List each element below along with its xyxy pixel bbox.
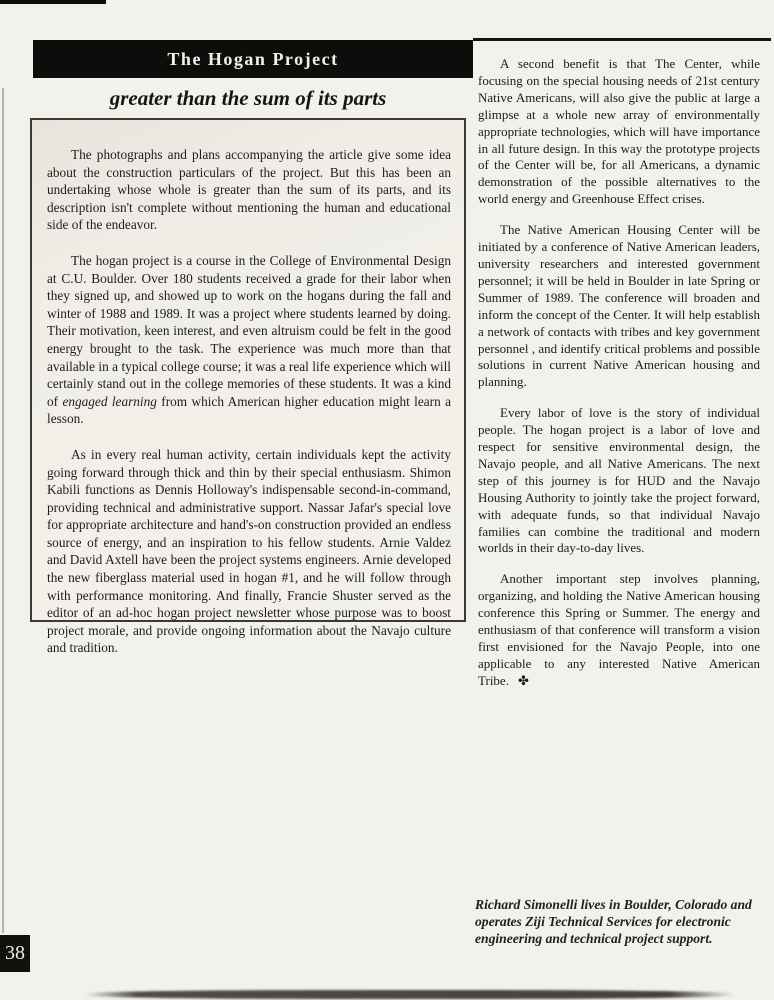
intro-paragraph-3: As in every real human activity, certain… — [47, 446, 451, 657]
body-paragraph-1: A second benefit is that The Center, whi… — [478, 56, 760, 208]
header-rule — [473, 38, 771, 41]
author-bio-note: Richard Simonelli lives in Boulder, Colo… — [475, 896, 763, 947]
body-text-column: A second benefit is that The Center, whi… — [478, 56, 760, 704]
intro-paragraph-2-text: The hogan project is a course in the Col… — [47, 253, 451, 409]
body-paragraph-2: The Native American Housing Center will … — [478, 222, 760, 391]
scan-edge-artifact-top — [0, 0, 106, 4]
article-title: The Hogan Project — [167, 49, 338, 70]
body-paragraph-4-text: Another important step involves planning… — [478, 571, 760, 687]
page-number: 38 — [5, 942, 25, 965]
body-paragraph-3: Every labor of love is the story of indi… — [478, 405, 760, 557]
article-end-ornament-icon: ✤ — [518, 673, 529, 688]
intro-paragraph-1: The photographs and plans accompanying t… — [47, 146, 451, 234]
intro-paragraph-2-emphasis: engaged learning — [62, 394, 156, 409]
scan-edge-artifact-bottom — [85, 990, 735, 999]
article-subtitle: greater than the sum of its parts — [30, 86, 466, 111]
scan-edge-artifact-left — [2, 88, 4, 933]
article-title-banner: The Hogan Project — [33, 40, 473, 78]
sidebar-intro-box: The photographs and plans accompanying t… — [30, 118, 466, 622]
scanned-article-page: The Hogan Project greater than the sum o… — [0, 0, 774, 1000]
intro-paragraph-2: The hogan project is a course in the Col… — [47, 252, 451, 428]
body-paragraph-4: Another important step involves planning… — [478, 571, 760, 689]
page-number-badge: 38 — [0, 935, 30, 972]
